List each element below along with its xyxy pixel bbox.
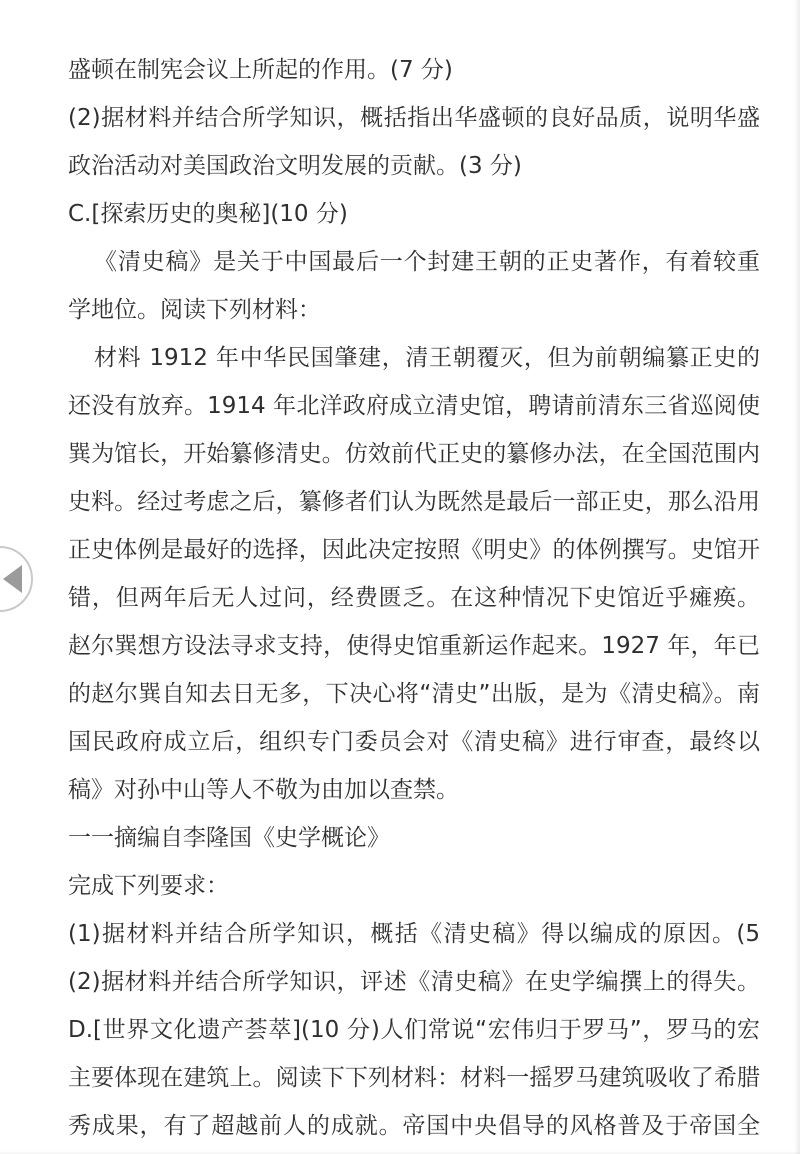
text-line: (1)据材料并结合所学知识，概括《清史稿》得以编成的原因。(5 分) bbox=[68, 910, 760, 958]
left-arrow-icon bbox=[3, 565, 22, 593]
prev-page-button[interactable] bbox=[0, 546, 33, 612]
text-line: 国民政府成立后，组织专门委员会对《清史稿》进行审查，最终以《清史 bbox=[68, 718, 760, 766]
text-line: 主要体现在建筑上。阅读下下列材料：材料一摇罗马建筑吸收了希腊的优 bbox=[68, 1054, 760, 1102]
document-page: 盛顿在制宪会议上所起的作用。(7 分) (2)据材料并结合所学知识，概括指出华盛… bbox=[68, 46, 760, 1150]
text-line: 材料 1912 年中华民国肇建，清王朝覆灭，但为前朝编纂正史的做法却 bbox=[68, 334, 760, 382]
text-line: 盛顿在制宪会议上所起的作用。(7 分) bbox=[68, 46, 760, 94]
text-line: 正史体例是最好的选择，因此决定按照《明史》的体例撰写。史馆开局不 bbox=[68, 526, 760, 574]
text-line: 还没有放弃。1914 年北洋政府成立清史馆，聘请前清东三省巡阅使赵尔 bbox=[68, 382, 760, 430]
document-viewer: 盛顿在制宪会议上所起的作用。(7 分) (2)据材料并结合所学知识，概括指出华盛… bbox=[0, 0, 800, 1154]
text-line: D.[世界文化遗产荟萃](10 分)人们常说“宏伟归于罗马”，罗马的宏伟 bbox=[68, 1006, 760, 1054]
text-line: 稿》对孙中山等人不敬为由加以查禁。 bbox=[68, 766, 760, 814]
text-line: (2)据材料并结合所学知识，评述《清史稿》在史学编撰上的得失。(5 分) bbox=[68, 958, 760, 1006]
text-line: 《清史稿》是关于中国最后一个封建王朝的正史著作，有着较重要的史 bbox=[68, 238, 760, 286]
text-line: 秀成果，有了超越前人的成就。帝国中央倡导的风格普及于帝国全境，而 bbox=[68, 1102, 760, 1150]
text-line: 政治活动对美国政治文明发展的贡献。(3 分) bbox=[68, 142, 760, 190]
text-line: 一一摘编自李隆国《史学概论》 bbox=[68, 814, 760, 862]
text-line: 的赵尔巽自知去日无多，下决心将“清史”出版，是为《清史稿》。南京 bbox=[68, 670, 760, 718]
text-line: (2)据材料并结合所学知识，概括指出华盛顿的良好品质，说明华盛顿的 bbox=[68, 94, 760, 142]
page-edge-shadow-right bbox=[794, 0, 800, 1154]
text-line: 史料。经过考虑之后，纂修者们认为既然是最后一部正史，那么沿用历代 bbox=[68, 478, 760, 526]
text-line: 学地位。阅读下列材料： bbox=[68, 286, 760, 334]
text-line: 完成下列要求： bbox=[68, 862, 760, 910]
text-line: C.[探索历史的奥秘](10 分) bbox=[68, 190, 760, 238]
text-line: 巽为馆长，开始纂修清史。仿效前代正史的纂修办法，在全国范围内征集 bbox=[68, 430, 760, 478]
text-line: 赵尔巽想方设法寻求支持，使得史馆重新运作起来。1927 年，年已八旬 bbox=[68, 622, 760, 670]
text-line: 错，但两年后无人过问，经费匮乏。在这种情况下史馆近乎瘫痪。1921 年， bbox=[68, 574, 760, 622]
